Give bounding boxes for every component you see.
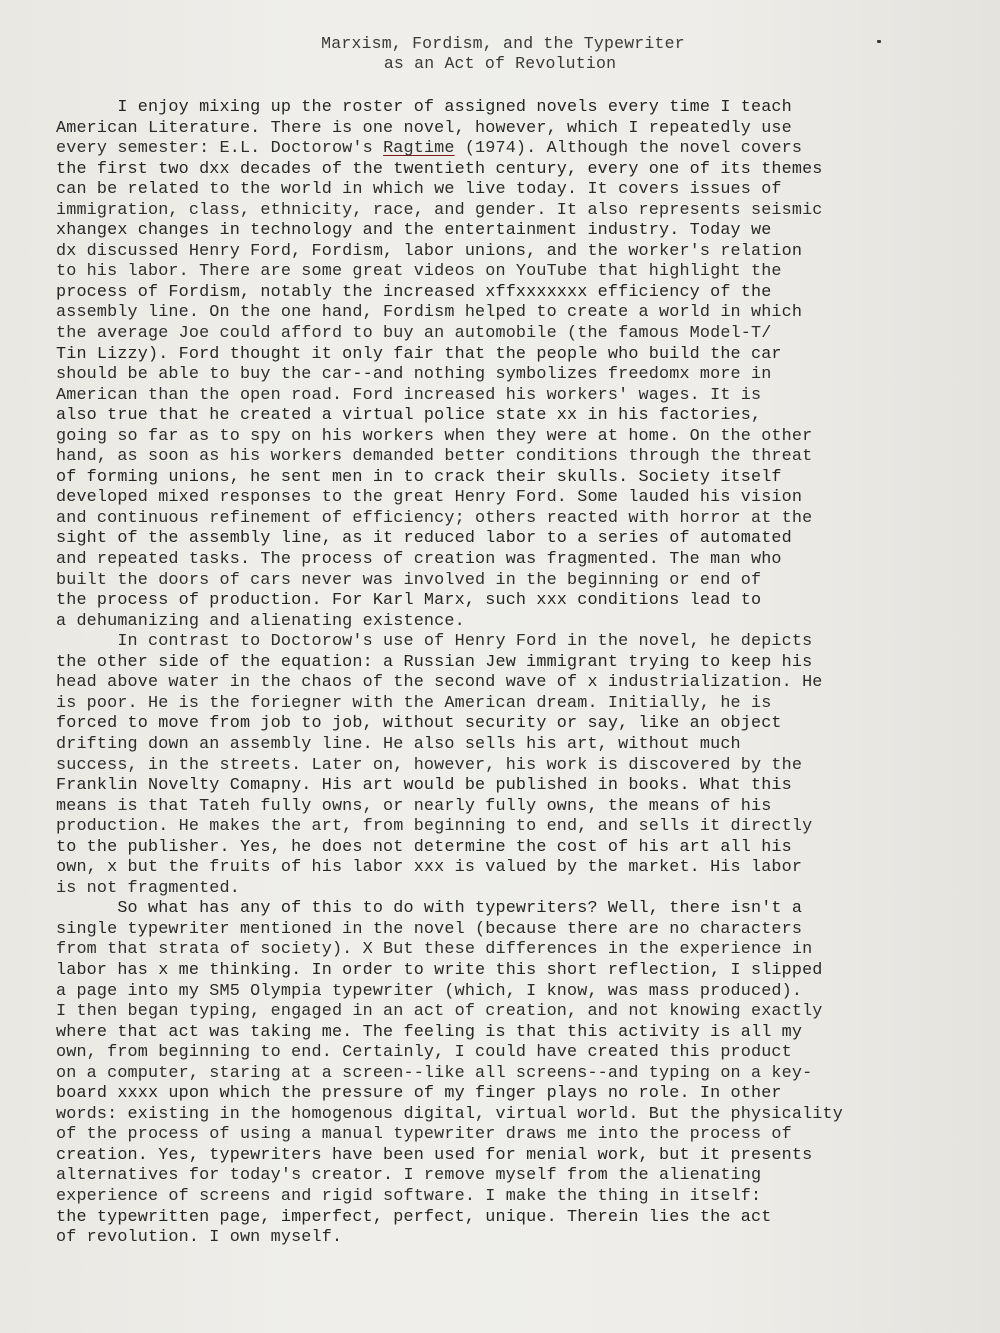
- title-line-2: as an Act of Revolution: [0, 54, 1000, 74]
- text-line: board xxxx upon which the pressure of my…: [56, 1084, 986, 1105]
- text-line: on a computer, staring at a screen--like…: [56, 1064, 986, 1085]
- text-line: built the doors of cars never was involv…: [56, 571, 986, 592]
- text-line: xhangex changes in technology and the en…: [56, 221, 986, 242]
- text-line: own, from beginning to end. Certainly, I…: [56, 1043, 986, 1064]
- text-line: of forming unions, he sent men in to cra…: [56, 468, 986, 489]
- text-line: creation. Yes, typewriters have been use…: [56, 1146, 986, 1167]
- text-line: is not fragmented.: [56, 879, 986, 900]
- text-line: going so far as to spy on his workers wh…: [56, 427, 986, 448]
- text-line: experience of screens and rigid software…: [56, 1187, 986, 1208]
- text-line: should be able to buy the car--and nothi…: [56, 365, 986, 386]
- document-title: Marxism, Fordism, and the Typewriter as …: [0, 34, 1000, 74]
- text-line: drifting down an assembly line. He also …: [56, 735, 986, 756]
- text-line: hand, as soon as his workers demanded be…: [56, 447, 986, 468]
- text-line: words: existing in the homogenous digita…: [56, 1105, 986, 1126]
- text-line: is poor. He is the foriegner with the Am…: [56, 694, 986, 715]
- text-line: the process of production. For Karl Marx…: [56, 591, 986, 612]
- title-line-1: Marxism, Fordism, and the Typewriter: [6, 34, 1000, 54]
- text-line: a page into my SM5 Olympia typewriter (w…: [56, 982, 986, 1003]
- text-line: American than the open road. Ford increa…: [56, 386, 986, 407]
- text-line: Tin Lizzy). Ford thought it only fair th…: [56, 345, 986, 366]
- text-line: immigration, class, ethnicity, race, and…: [56, 201, 986, 222]
- text-line: means is that Tateh fully owns, or nearl…: [56, 797, 986, 818]
- underlined-book-title: Ragtime: [383, 139, 455, 158]
- text-line: developed mixed responses to the great H…: [56, 488, 986, 509]
- text-line: labor has x me thinking. In order to wri…: [56, 961, 986, 982]
- text-line: dx discussed Henry Ford, Fordism, labor …: [56, 242, 986, 263]
- text-line: assembly line. On the one hand, Fordism …: [56, 303, 986, 324]
- text-line: and repeated tasks. The process of creat…: [56, 550, 986, 571]
- text-line: alternatives for today's creator. I remo…: [56, 1166, 986, 1187]
- text-line: can be related to the world in which we …: [56, 180, 986, 201]
- text-line: single typewriter mentioned in the novel…: [56, 920, 986, 941]
- text-line: own, x but the fruits of his labor xxx i…: [56, 858, 986, 879]
- text-line: the average Joe could afford to buy an a…: [56, 324, 986, 345]
- text-line: In contrast to Doctorow's use of Henry F…: [56, 632, 986, 653]
- text-line: the typewritten page, imperfect, perfect…: [56, 1208, 986, 1229]
- text-line: a dehumanizing and alienating existence.: [56, 612, 986, 633]
- text-line: So what has any of this to do with typew…: [56, 899, 986, 920]
- text-line: Franklin Novelty Comapny. His art would …: [56, 776, 986, 797]
- text-line: sight of the assembly line, as it reduce…: [56, 529, 986, 550]
- text-line: head above water in the chaos of the sec…: [56, 673, 986, 694]
- text-line: process of Fordism, notably the increase…: [56, 283, 986, 304]
- typewritten-page: Marxism, Fordism, and the Typewriter as …: [0, 0, 1000, 1333]
- text-line: I then began typing, engaged in an act o…: [56, 1002, 986, 1023]
- text-line: success, in the streets. Later on, howev…: [56, 756, 986, 777]
- text-line: the other side of the equation: a Russia…: [56, 653, 986, 674]
- text-line: and continuous refinement of efficiency;…: [56, 509, 986, 530]
- text-line: to the publisher. Yes, he does not deter…: [56, 838, 986, 859]
- text-line: forced to move from job to job, without …: [56, 714, 986, 735]
- text-line: American Literature. There is one novel,…: [56, 119, 986, 140]
- text-line: also true that he created a virtual poli…: [56, 406, 986, 427]
- text-line: where that act was taking me. The feelin…: [56, 1023, 986, 1044]
- text-line: I enjoy mixing up the roster of assigned…: [56, 98, 986, 119]
- text-line: of revolution. I own myself.: [56, 1228, 986, 1249]
- text-line: from that strata of society). X But thes…: [56, 940, 986, 961]
- text-line: every semester: E.L. Doctorow's Ragtime …: [56, 139, 986, 160]
- text-line: the first two dxx decades of the twentie…: [56, 160, 986, 181]
- text-line: of the process of using a manual typewri…: [56, 1125, 986, 1146]
- document-body: I enjoy mixing up the roster of assigned…: [56, 98, 986, 1249]
- text-line: to his labor. There are some great video…: [56, 262, 986, 283]
- text-line: production. He makes the art, from begin…: [56, 817, 986, 838]
